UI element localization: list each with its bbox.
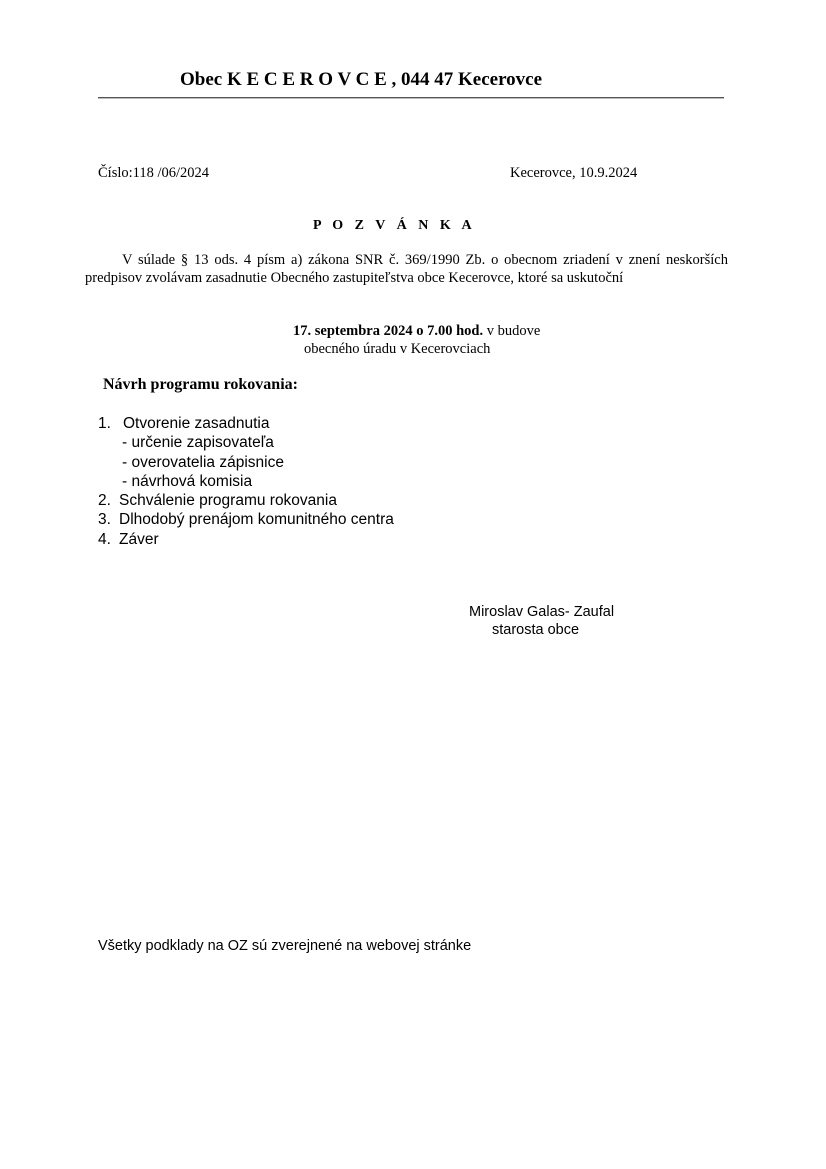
agenda-item-label: Otvorenie zasadnutia: [123, 415, 269, 432]
agenda-title: Návrh programu rokovania:: [103, 376, 298, 394]
document-heading: P O Z V Á N K A: [313, 218, 476, 234]
agenda-item: 1.Otvorenie zasadnutia: [98, 414, 394, 433]
agenda-item-label: Dlhodobý prenájom komunitného centra: [119, 511, 394, 528]
agenda-subitem: - overovatelia zápisnice: [98, 453, 394, 472]
agenda-subitem: - určenie zapisovateľa: [98, 433, 394, 452]
agenda-item: 2.Schválenie programu rokovania: [98, 491, 394, 510]
agenda-item: 4.Záver: [98, 530, 394, 549]
header-divider: [98, 97, 724, 99]
footer-note: Všetky podklady na OZ sú zverejnené na w…: [98, 938, 471, 954]
agenda-item-number: 3.: [98, 510, 119, 529]
document-place-date: Kecerovce, 10.9.2024: [510, 165, 637, 182]
meeting-date-rest: v budove: [483, 323, 540, 339]
agenda-item-label: Záver: [119, 531, 159, 548]
agenda-item-number: 1.: [98, 414, 123, 433]
invitation-paragraph: V súlade § 13 ods. 4 písm a) zákona SNR …: [85, 251, 728, 287]
agenda-item-label: Schválenie programu rokovania: [119, 492, 337, 509]
agenda-subitem: - návrhová komisia: [98, 472, 394, 491]
agenda-item: 3.Dlhodobý prenájom komunitného centra: [98, 510, 394, 529]
meeting-date-bold: 17. septembra 2024 o 7.00 hod.: [293, 323, 483, 339]
municipality-header-title: Obec K E C E R O V C E , 044 47 Kecerovc…: [180, 69, 542, 91]
invitation-text: V súlade § 13 ods. 4 písm a) zákona SNR …: [85, 252, 728, 286]
agenda-item-number: 2.: [98, 491, 119, 510]
agenda-item-number: 4.: [98, 530, 119, 549]
agenda-list: 1.Otvorenie zasadnutia - určenie zapisov…: [98, 414, 394, 549]
signer-role: starosta obce: [492, 622, 579, 638]
signer-name: Miroslav Galas- Zaufal: [469, 604, 614, 620]
meeting-datetime: 17. septembra 2024 o 7.00 hod. v budove: [293, 323, 540, 340]
meeting-place: obecného úradu v Kecerovciach: [304, 341, 490, 358]
document-number: Číslo:118 /06/2024: [98, 165, 209, 182]
